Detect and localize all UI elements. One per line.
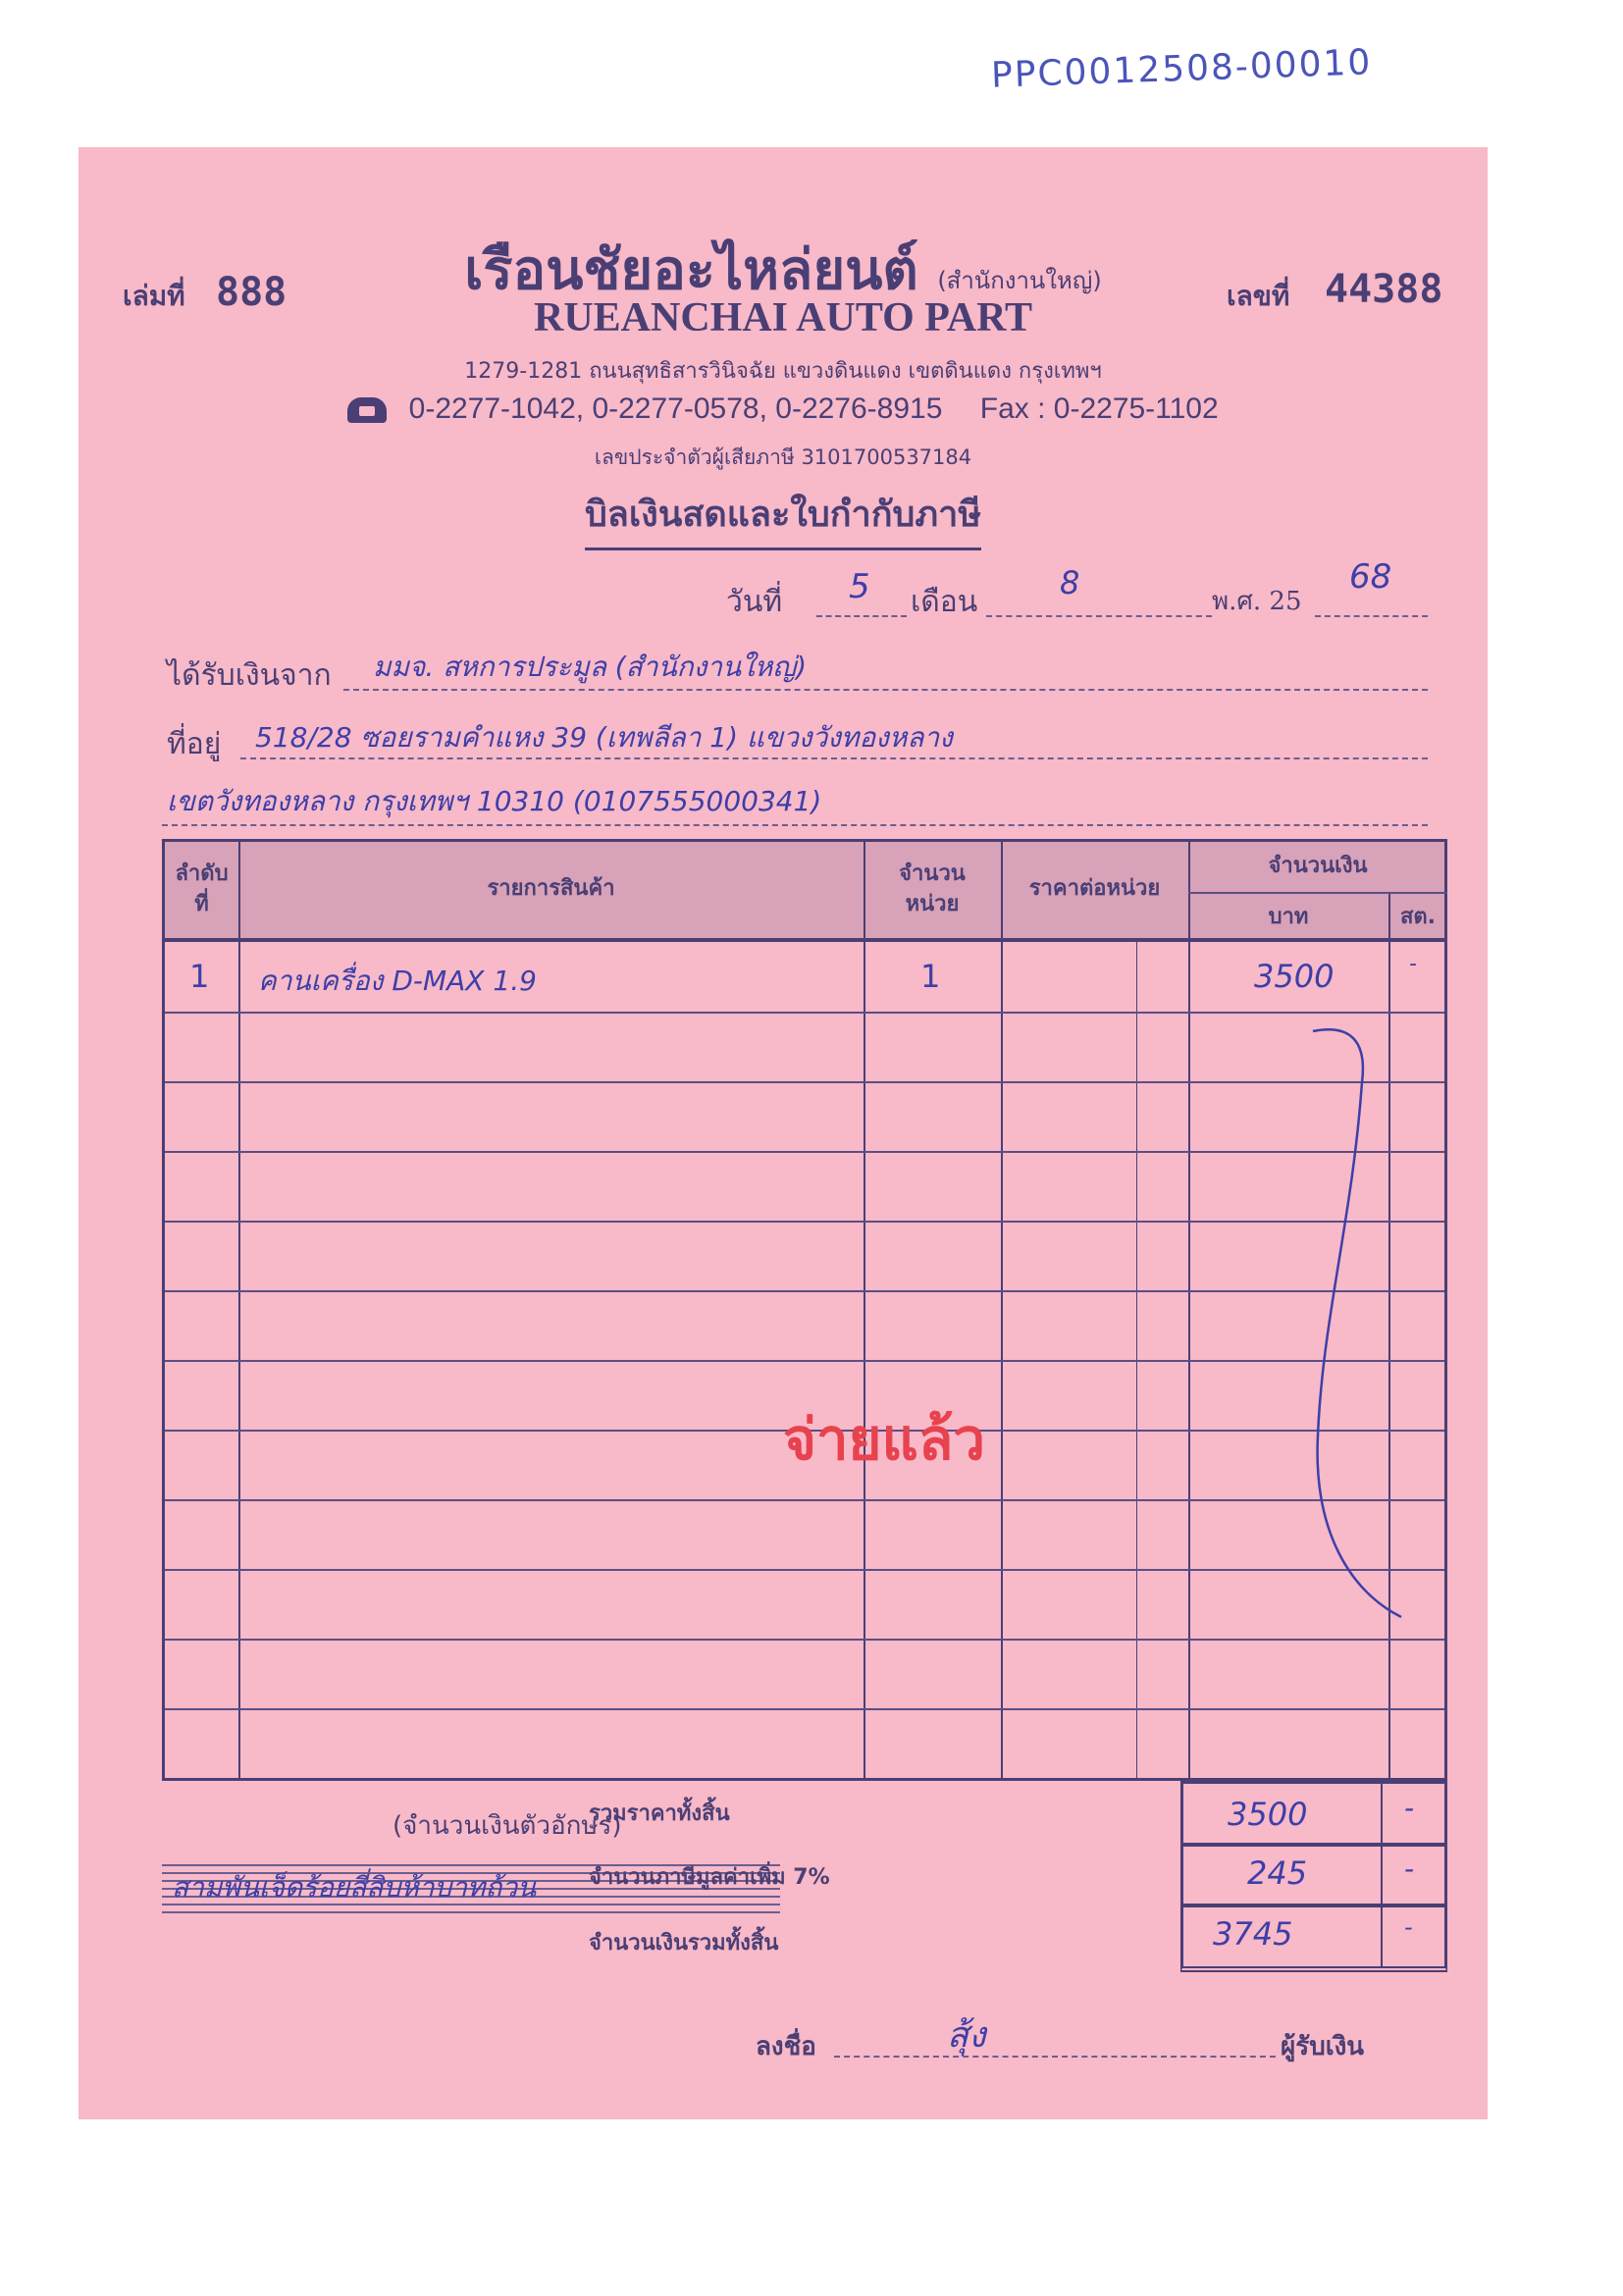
col-divider — [238, 842, 240, 1778]
day-value[interactable]: 5 — [849, 567, 870, 606]
received-from-value[interactable]: มมจ. สหการประมูล (สำนักงานใหญ่) — [373, 646, 807, 689]
row-1-seq[interactable]: 1 — [189, 958, 209, 995]
items-table: ลำดับ ที่ รายการสินค้า จำนวน หน่วย ราคาต… — [162, 839, 1447, 1781]
tax-id-label: เลขประจำตัวผู้เสียภาษี — [595, 445, 795, 469]
reference-number: PPC0012508-00010 — [990, 42, 1373, 96]
address-line-2-value[interactable]: เขตวังทองหลาง กรุงเทพฯ 10310 (0107555000… — [167, 780, 821, 823]
col-divider — [864, 842, 865, 1778]
payee-role-label: ผู้รับเงิน — [1281, 2026, 1364, 2066]
signer-signature[interactable]: สุ้ง — [947, 2007, 986, 2062]
amount-in-words-value[interactable]: สามพันเจ็ดร้อยสี่สิบห้าบาทถ้วน — [172, 1866, 536, 1909]
day-line — [816, 615, 907, 617]
company-name-thai-text: เรือนชัยอะไหล่ยนต์ — [464, 238, 918, 302]
header-seq: ลำดับ ที่ — [165, 860, 238, 920]
row-1-qty[interactable]: 1 — [920, 958, 940, 995]
grand-total-satang[interactable]: - — [1404, 1913, 1413, 1941]
header-unit-price: ราคาต่อหน่วย — [1001, 874, 1188, 905]
company-address: 1279-1281 ถนนสุทธิสารวินิจฉัย แขวงดินแดง… — [79, 353, 1488, 388]
fax-number: Fax : 0-2275-1102 — [980, 392, 1219, 425]
row-divider — [165, 1012, 1444, 1014]
header-item: รายการสินค้า — [238, 874, 864, 905]
row-divider — [165, 1708, 1444, 1710]
document-title-text: บิลเงินสดและใบกำกับภาษี — [585, 486, 981, 550]
amount-in-words-caption: (จำนวนเงินตัวอักษร) — [393, 1805, 622, 1846]
totals-row-divider — [1183, 1904, 1444, 1907]
vat-baht[interactable]: 245 — [1247, 1854, 1307, 1892]
year-label: พ.ศ. 25 — [1212, 581, 1302, 621]
subtotal-baht[interactable]: 3500 — [1228, 1796, 1307, 1833]
row-divider — [165, 1151, 1444, 1153]
row-divider — [165, 1360, 1444, 1362]
document-title: บิลเงินสดและใบกำกับภาษี — [79, 486, 1488, 550]
day-label: วันที่ — [726, 579, 782, 625]
branch-label: (สำนักงานใหญ่) — [937, 267, 1101, 294]
row-1-baht[interactable]: 3500 — [1254, 958, 1334, 995]
row-1-satang[interactable]: - — [1409, 952, 1417, 976]
phone-numbers: 0-2277-1042, 0-2277-0578, 0-2276-8915 — [409, 392, 943, 425]
month-line — [986, 615, 1212, 617]
row-divider — [165, 1290, 1444, 1292]
vat-label: จำนวนภาษีมูลค่าเพิ่ม 7% — [589, 1859, 830, 1894]
vat-satang[interactable]: - — [1404, 1852, 1414, 1885]
year-line — [1315, 615, 1428, 617]
grand-total-label: จำนวนเงินรวมทั้งสิ้น — [589, 1925, 778, 1959]
header-baht: บาท — [1188, 903, 1388, 933]
address-line-2 — [162, 824, 1428, 826]
contact-line: 0-2277-1042, 0-2277-0578, 0-2276-8915 Fa… — [79, 392, 1488, 426]
totals-col-divider — [1381, 1784, 1383, 1966]
amount-header-divider — [1188, 892, 1447, 894]
sign-label: ลงชื่อ — [756, 2026, 816, 2066]
company-name-english: RUEANCHAI AUTO PART — [79, 294, 1488, 341]
row-1-item[interactable]: คานเครื่อง D-MAX 1.9 — [258, 960, 537, 1003]
signature-line — [834, 2056, 1276, 2058]
subtotal-label: รวมราคาทั้งสิ้น — [589, 1796, 730, 1830]
month-value[interactable]: 8 — [1060, 564, 1079, 601]
totals-box: 3500 - 245 - 3745 - — [1180, 1781, 1447, 1972]
row-divider — [165, 1499, 1444, 1501]
row-divider — [165, 1569, 1444, 1571]
received-from-label: ได้รับเงินจาก — [167, 652, 332, 699]
col-divider — [1001, 842, 1003, 1778]
row-divider — [165, 1639, 1444, 1641]
year-value[interactable]: 68 — [1349, 557, 1391, 597]
receipt-sheet: เล่มที่ 888 เรือนชัยอะไหล่ยนต์ (สำนักงาน… — [79, 147, 1488, 2119]
subtotal-satang[interactable]: - — [1404, 1792, 1414, 1824]
void-stroke-icon — [1293, 1023, 1411, 1627]
tax-id-line: เลขประจำตัวผู้เสียภาษี 3101700537184 — [79, 442, 1488, 474]
row-divider — [165, 1221, 1444, 1223]
month-label: เดือน — [911, 579, 977, 625]
telephone-icon — [347, 397, 387, 423]
address-label: ที่อยู่ — [167, 721, 221, 767]
grand-total-baht[interactable]: 3745 — [1213, 1915, 1292, 1953]
tax-id: 3101700537184 — [801, 445, 971, 469]
received-from-line — [343, 689, 1428, 691]
header-satang: สต. — [1388, 903, 1447, 933]
address-line-1-value[interactable]: 518/28 ซอยรามคำแหง 39 (เทพลีลา 1) แขวงวั… — [255, 716, 953, 759]
paid-stamp: จ่ายแล้ว — [783, 1393, 985, 1485]
header-amount: จำนวนเงิน — [1188, 852, 1447, 882]
header-qty: จำนวน หน่วย — [864, 860, 1001, 920]
totals-row-divider — [1183, 1843, 1444, 1847]
row-divider — [165, 1081, 1444, 1083]
col-divider — [1188, 842, 1190, 1778]
